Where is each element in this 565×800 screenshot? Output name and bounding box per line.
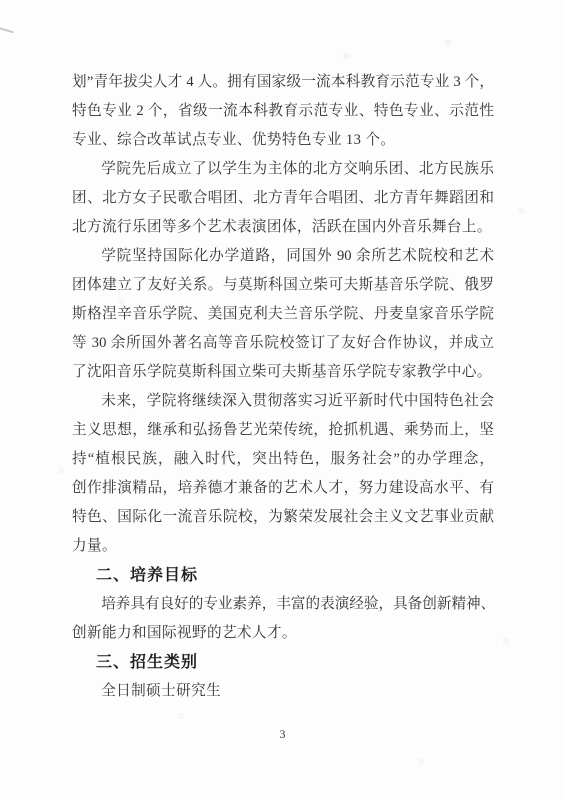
text-line: 专业、综合改革试点专业、优势特色专业 13 个。 (72, 126, 494, 155)
text-line: 等 30 余所国外著名高等音乐院校签订了友好合作协议，并成立 (72, 329, 494, 358)
section-heading-training-goal: 二、培养目标 (72, 561, 494, 590)
text-line: 学院先后成立了以学生为主体的北方交响乐团、北方民族乐 (72, 155, 494, 184)
page-number: 3 (0, 727, 565, 742)
text-line: 主义思想，继承和弘扬鲁艺光荣传统，抢抓机遇、乘势而上，坚 (72, 416, 494, 445)
section-heading-enrollment-category: 三、招生类别 (72, 648, 494, 677)
text-line: 特色、国际化一流音乐院校，为繁荣发展社会主义文艺事业贡献 (72, 503, 494, 532)
text-line: 力量。 (72, 532, 494, 561)
text-line: 特色专业 2 个，省级一流本科教育示范专业、特色专业、示范性 (72, 97, 494, 126)
text-line: 团、北方女子民歌合唱团、北方青年合唱团、北方青年舞蹈团和 (72, 184, 494, 213)
text-line: 培养具有良好的专业素养，丰富的表演经验，具备创新精神、 (72, 590, 494, 619)
scan-artifact (0, 27, 14, 34)
text-line: 学院坚持国际化办学道路，同国外 90 余所艺术院校和艺术 (72, 242, 494, 271)
scan-noise (0, 0, 2, 2)
text-line: 斯格涅辛音乐学院、美国克利夫兰音乐学院、丹麦皇家音乐学院 (72, 300, 494, 329)
text-line: 北方流行乐团等多个艺术表演团体，活跃在国内外音乐舞台上。 (72, 213, 494, 242)
text-line: 创作排演精品，培养德才兼备的艺术人才，努力建设高水平、有 (72, 474, 494, 503)
text-line: 全日制硕士研究生 (72, 677, 494, 706)
document-body: 划”青年拔尖人才 4 人。拥有国家级一流本科教育示范专业 3 个， 特色专业 2… (72, 68, 494, 706)
text-line: 创新能力和国际视野的艺术人才。 (72, 619, 494, 648)
document-page: 划”青年拔尖人才 4 人。拥有国家级一流本科教育示范专业 3 个， 特色专业 2… (0, 0, 565, 800)
text-line: 了沈阳音乐学院莫斯科国立柴可夫斯基音乐学院专家教学中心。 (72, 358, 494, 387)
text-line: 团体建立了友好关系。与莫斯科国立柴可夫斯基音乐学院、俄罗 (72, 271, 494, 300)
text-line: 持“植根民族，融入时代，突出特色，服务社会”的办学理念， (72, 445, 494, 474)
text-line: 未来，学院将继续深入贯彻落实习近平新时代中国特色社会 (72, 387, 494, 416)
text-line: 划”青年拔尖人才 4 人。拥有国家级一流本科教育示范专业 3 个， (72, 68, 494, 97)
